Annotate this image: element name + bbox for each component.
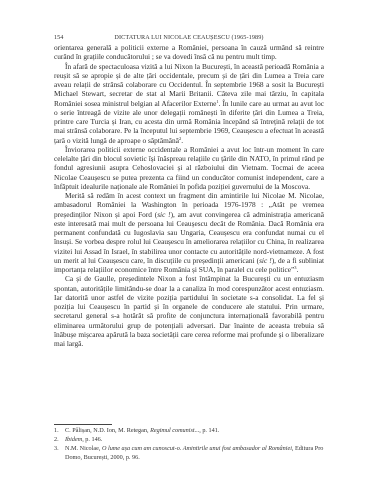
footnote-2: 2. Ibidem, p. 146. xyxy=(54,435,324,444)
paragraph-2: În afară de spectaculoasa vizită a lui N… xyxy=(54,62,324,145)
footnote-3: 3. N.M. Nicolae, O lume așa cum am cunos… xyxy=(54,444,324,462)
body-text: orientarea generală a politicii externe … xyxy=(54,43,324,348)
running-title: DICTATURA LUI NICOLAE CEAUȘESCU (1965-19… xyxy=(54,33,324,42)
footnote-1: 1. C. Pâlișan, N.D. Ion, M. Retegan, Reg… xyxy=(54,426,324,435)
sic-note: sic ! xyxy=(157,210,170,219)
running-header: 154 DICTATURA LUI NICOLAE CEAUȘESCU (196… xyxy=(54,33,324,42)
book-page: 154 DICTATURA LUI NICOLAE CEAUȘESCU (196… xyxy=(0,0,381,492)
paragraph-4: Merită să redăm în acest context un frag… xyxy=(54,191,324,274)
paragraph-5: Ca și de Gaulle, președintele Nixon a fo… xyxy=(54,274,324,348)
paragraph-1: orientarea generală a politicii externe … xyxy=(54,43,324,62)
sic-note: sic ! xyxy=(259,256,272,265)
footnote-divider xyxy=(54,424,112,425)
paragraph-3: Înviorarea politicii externe occidentale… xyxy=(54,145,324,191)
footnotes: 1. C. Pâlișan, N.D. Ion, M. Retegan, Reg… xyxy=(54,426,324,462)
